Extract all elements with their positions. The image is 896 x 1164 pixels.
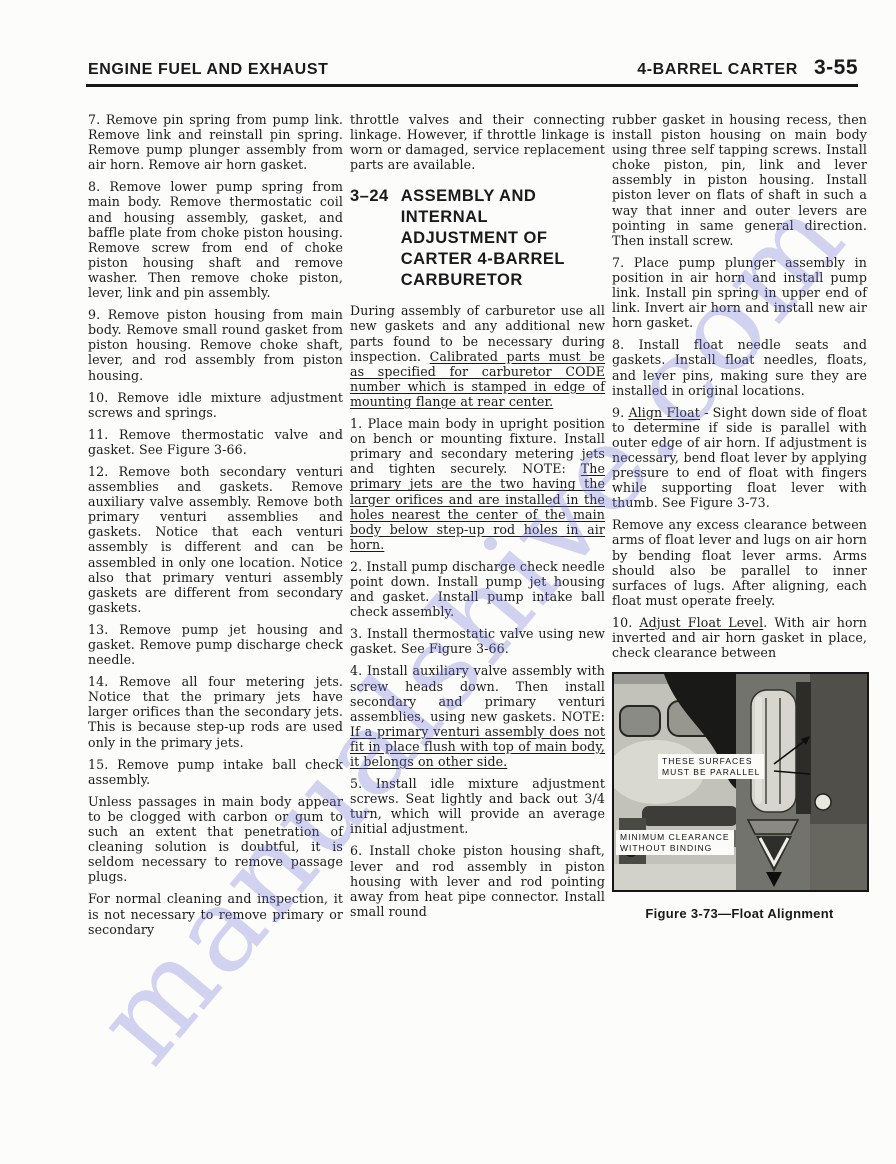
figure-label-clearance: MINIMUM CLEARANCE WITHOUT BINDING (616, 830, 734, 855)
paragraph: 12. Remove both secondary venturi assemb… (88, 464, 343, 615)
underlined-text: Align Float (628, 405, 699, 420)
text-run: throttle valves and their connecting lin… (350, 112, 605, 172)
text-run: 12. Remove both secondary venturi assemb… (88, 464, 343, 615)
paragraph: 6. Install choke piston housing shaft, l… (350, 843, 605, 918)
underlined-text: If a primary venturi assembly does not f… (350, 724, 605, 769)
paragraph: 1. Place main body in upright position o… (350, 416, 605, 552)
text-run: 13. Remove pump jet housing and gasket. … (88, 622, 343, 667)
paragraph: 9. Align Float - Sight down side of floa… (612, 405, 867, 511)
text-run: Remove any excess clearance between arms… (612, 517, 867, 607)
text-run: 1. Place main body in upright position o… (350, 416, 605, 476)
underlined-text: Adjust Float Level (639, 615, 763, 630)
text-run: 6. Install choke piston housing shaft, l… (350, 843, 605, 918)
figure-label-parallel: THESE SURFACES MUST BE PARALLEL (658, 754, 764, 779)
paragraph: 9. Remove piston housing from main body.… (88, 307, 343, 382)
text-run: 3. Install thermostatic valve using new … (350, 626, 605, 656)
text-run: 9. Remove piston housing from main body.… (88, 307, 343, 382)
text-run: For normal cleaning and inspection, it i… (88, 891, 343, 936)
paragraph: During assembly of carburetor use all ne… (350, 303, 605, 409)
header-left-title: ENGINE FUEL AND EXHAUST (88, 61, 329, 79)
text-run: 15. Remove pump intake ball check assemb… (88, 757, 343, 787)
header-right: 4-BARREL CARTER 3-55 (637, 56, 858, 80)
text-run: 10. (612, 615, 639, 630)
figure-caption: Figure 3-73—Float Alignment (612, 906, 867, 921)
venturi-bore-icon (620, 706, 660, 736)
text-run: 8. Install float needle seats and gasket… (612, 337, 867, 397)
paragraph: 10. Adjust Float Level. With air horn in… (612, 615, 867, 660)
section-title: ASSEMBLY AND INTERNAL ADJUSTMENT OF CART… (401, 186, 565, 291)
column-2: throttle valves and their connecting lin… (350, 112, 605, 944)
paragraph: 4. Install auxiliary valve assembly with… (350, 663, 605, 769)
paragraph: throttle valves and their connecting lin… (350, 112, 605, 172)
text-run: Unless passages in main body appear to b… (88, 794, 343, 884)
paragraph: rubber gasket in housing recess, then in… (612, 112, 867, 248)
header-rule (86, 84, 858, 87)
text-run: 2. Install pump discharge check needle p… (350, 559, 605, 619)
paragraph: 15. Remove pump intake ball check assemb… (88, 757, 343, 787)
text-run: - Sight down side of float to determine … (612, 405, 867, 511)
figure-float-alignment: THESE SURFACES MUST BE PARALLEL MINIMUM … (612, 672, 867, 921)
page-header: ENGINE FUEL AND EXHAUST 4-BARREL CARTER … (88, 56, 858, 80)
text-run: 11. Remove thermostatic valve and gasket… (88, 427, 343, 457)
text-run: 14. Remove all four metering jets. Notic… (88, 674, 343, 749)
paragraph: 8. Remove lower pump spring from main bo… (88, 179, 343, 300)
column-3-text: rubber gasket in housing recess, then in… (612, 112, 867, 660)
section-heading: 3–24ASSEMBLY AND INTERNAL ADJUSTMENT OF … (350, 186, 605, 291)
text-run: 7. Remove pin spring from pump link. Rem… (88, 112, 343, 172)
paragraph: 13. Remove pump jet housing and gasket. … (88, 622, 343, 667)
paragraph: 7. Remove pin spring from pump link. Rem… (88, 112, 343, 172)
text-run: 9. (612, 405, 628, 420)
text-run: 7. Place pump plunger assembly in positi… (612, 255, 867, 330)
manual-page: manualshive.com ENGINE FUEL AND EXHAUST … (0, 0, 896, 1164)
text-run: 5. Install idle mixture adjustment screw… (350, 776, 605, 836)
text-run: rubber gasket in housing recess, then in… (612, 112, 867, 248)
paragraph: 3. Install thermostatic valve using new … (350, 626, 605, 656)
paragraph: For normal cleaning and inspection, it i… (88, 891, 343, 936)
paragraph: 10. Remove idle mixture adjustment screw… (88, 390, 343, 420)
paragraph: 14. Remove all four metering jets. Notic… (88, 674, 343, 749)
paragraph: Unless passages in main body appear to b… (88, 794, 343, 885)
paragraph: 8. Install float needle seats and gasket… (612, 337, 867, 397)
text-run: 8. Remove lower pump spring from main bo… (88, 179, 343, 300)
screw-hole-icon (815, 794, 831, 810)
paragraph: Remove any excess clearance between arms… (612, 517, 867, 608)
page-number: 3-55 (814, 56, 858, 80)
column-3: rubber gasket in housing recess, then in… (612, 112, 867, 944)
paragraph: 11. Remove thermostatic valve and gasket… (88, 427, 343, 457)
section-number: 3–24 (350, 186, 389, 291)
float-alignment-photo (614, 674, 867, 890)
page-content: 7. Remove pin spring from pump link. Rem… (88, 112, 868, 944)
paragraph: 7. Place pump plunger assembly in positi… (612, 255, 867, 330)
text-run: 10. Remove idle mixture adjustment screw… (88, 390, 343, 420)
column-1: 7. Remove pin spring from pump link. Rem… (88, 112, 343, 944)
header-right-title: 4-BARREL CARTER (637, 61, 798, 79)
text-run: 4. Install auxiliary valve assembly with… (350, 663, 605, 723)
paragraph: 2. Install pump discharge check needle p… (350, 559, 605, 619)
paragraph: 5. Install idle mixture adjustment screw… (350, 776, 605, 836)
figure-image: THESE SURFACES MUST BE PARALLEL MINIMUM … (612, 672, 869, 892)
